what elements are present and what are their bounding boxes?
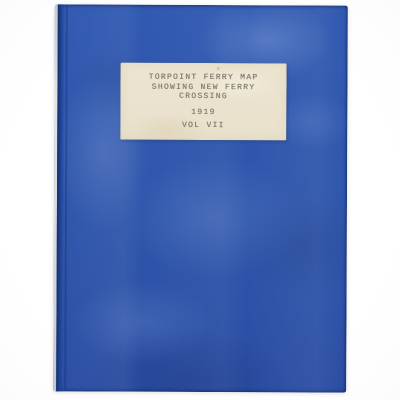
label-text-block: TORPOINT FERRY MAP SHOWING NEW FERRY CRO…	[120, 63, 286, 131]
label-year: 1919	[120, 107, 286, 117]
photo-background: x TORPOINT FERRY MAP SHOWING NEW FERRY C…	[0, 0, 400, 400]
label-smudge-mark: x	[217, 65, 221, 72]
label-volume: VOL VII	[120, 121, 286, 131]
book-cover: x TORPOINT FERRY MAP SHOWING NEW FERRY C…	[53, 4, 348, 392]
label-title-line-3: CROSSING	[120, 92, 286, 102]
title-label: x TORPOINT FERRY MAP SHOWING NEW FERRY C…	[120, 63, 286, 141]
